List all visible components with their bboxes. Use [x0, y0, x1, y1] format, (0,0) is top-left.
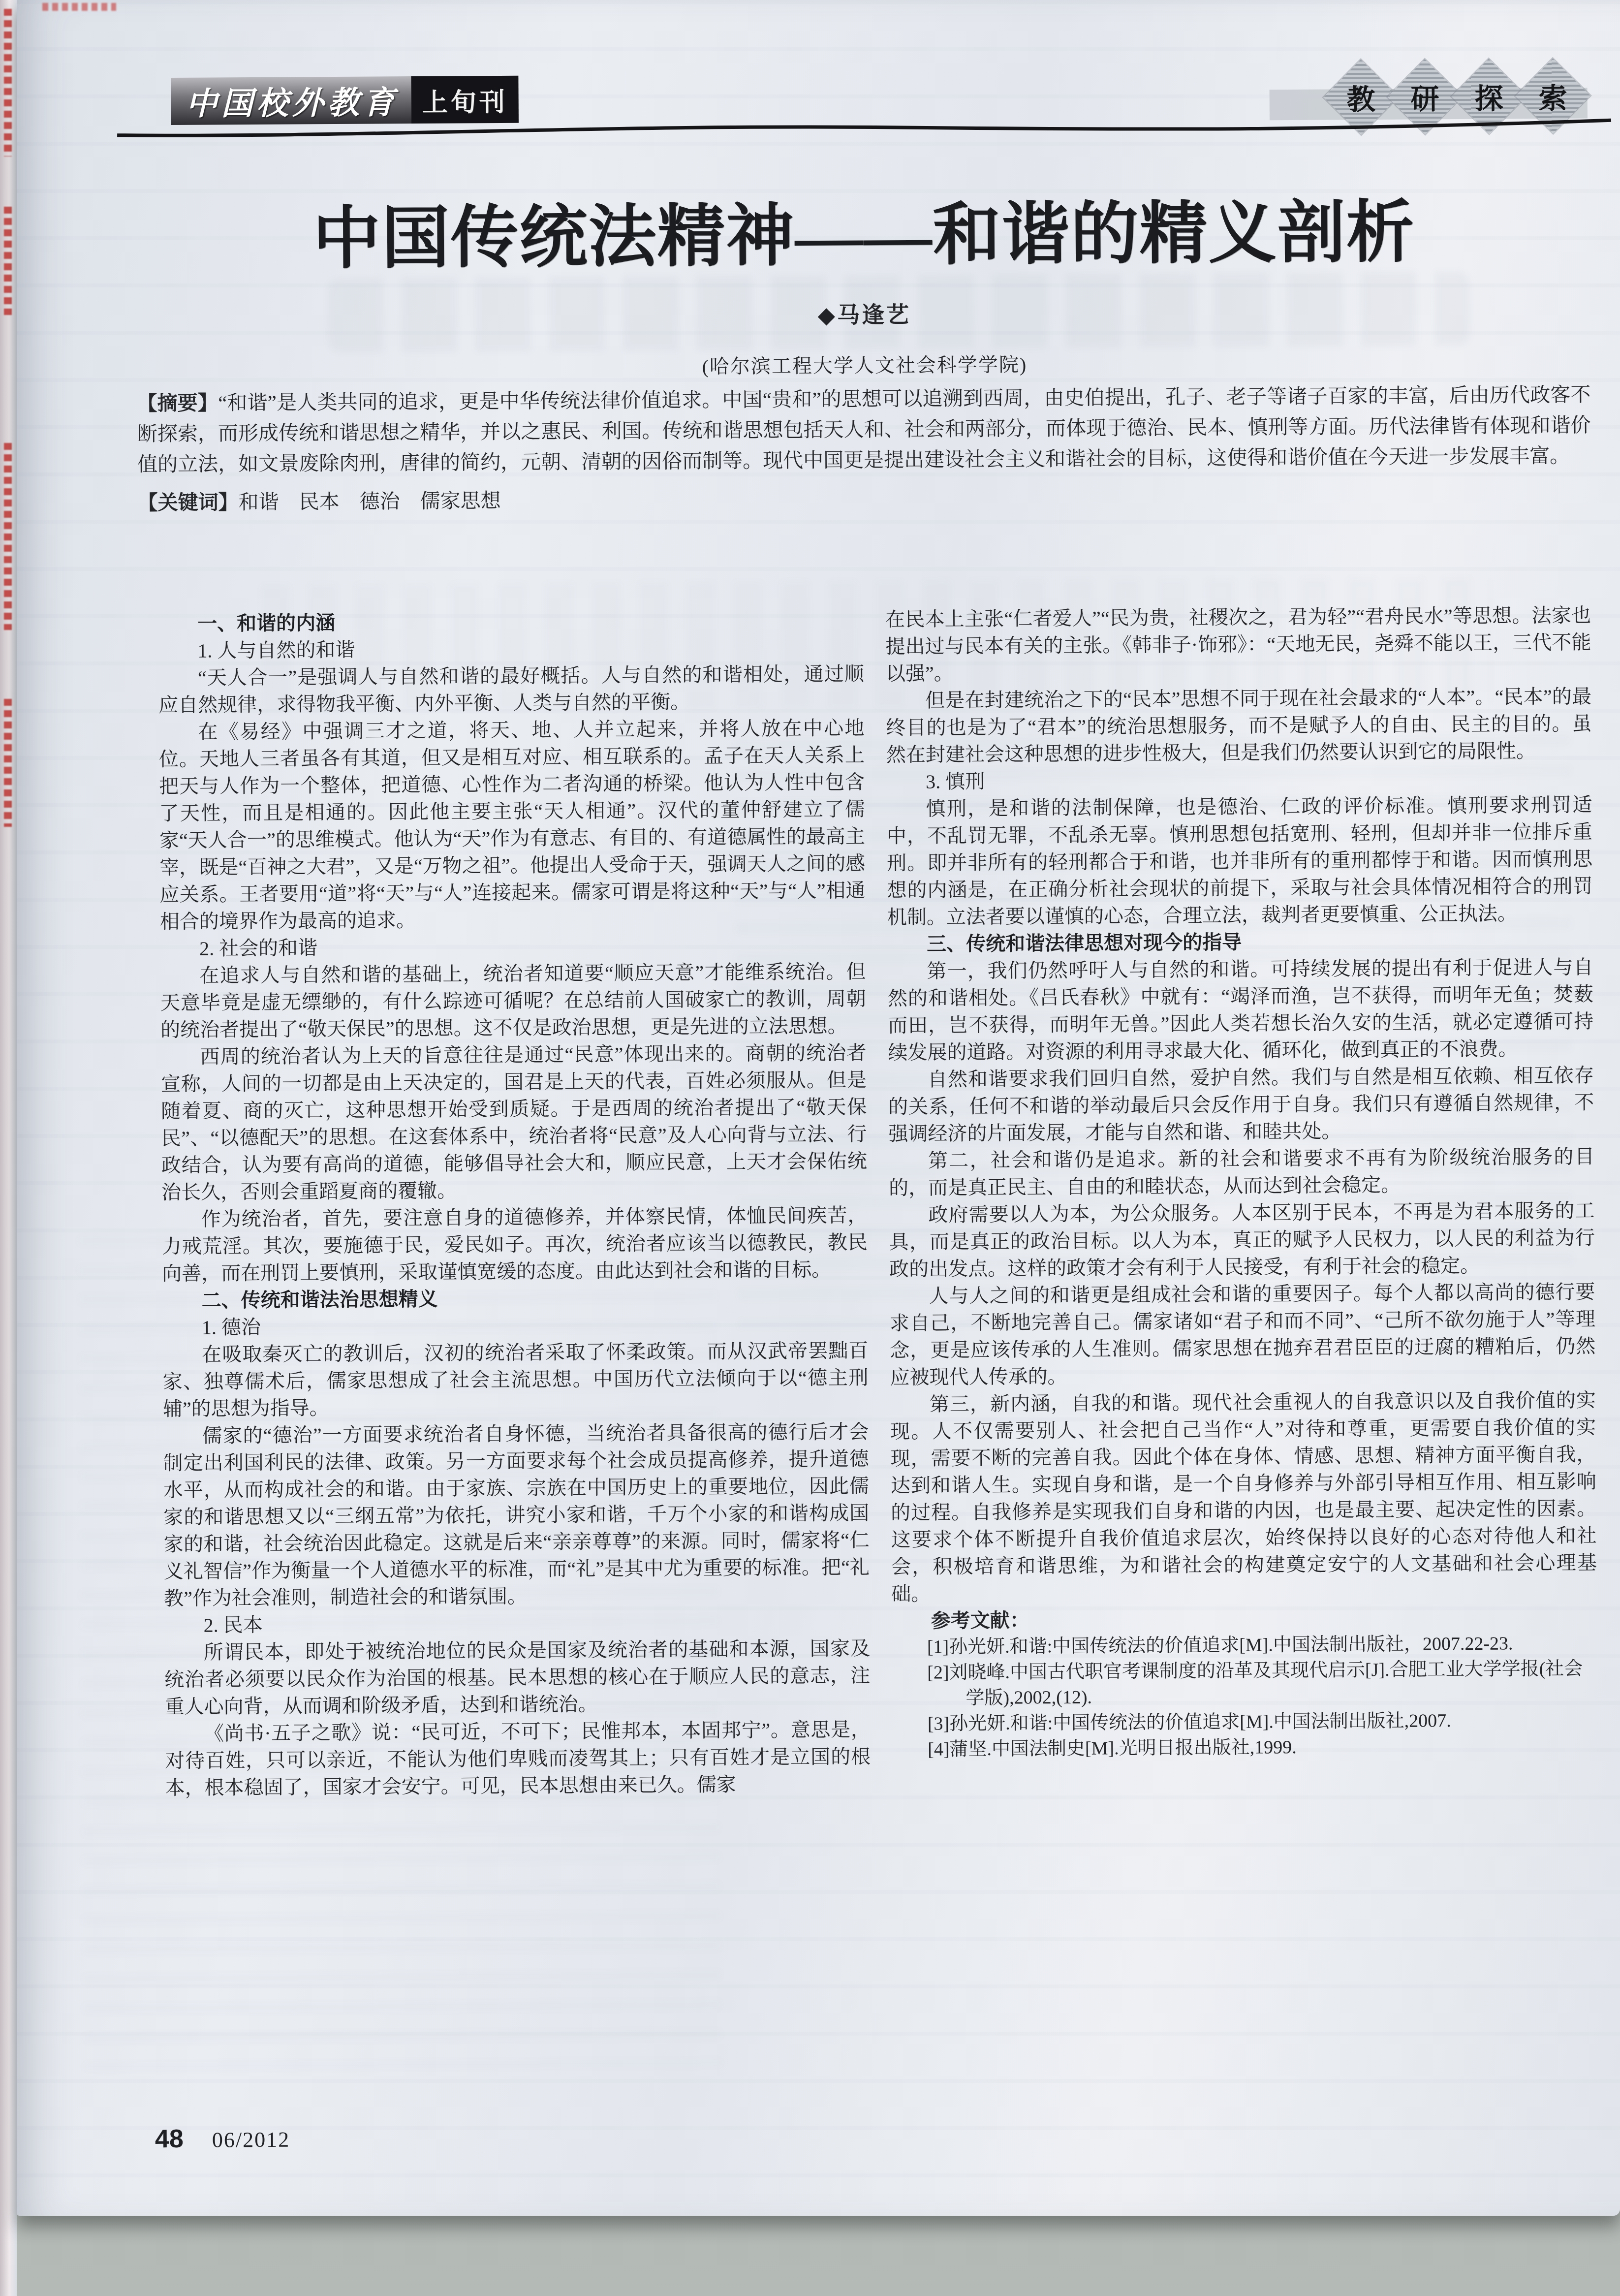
article-title: 中国传统法精神——和谐的精义剖析	[130, 176, 1597, 283]
body-paragraph: 但是在封建统治之下的“民本”思想不同于现在社会最求的“人本”。“民本”的最终目的…	[886, 683, 1592, 768]
body-paragraph: 在《易经》中强调三才之道，将天、地、人并立起来，并将人放在中心地位。天地人三者虽…	[158, 714, 866, 935]
body-paragraph: 所谓民本，即处于被统治地位的民众是国家及统治者的基础和本源，国家及统治者必须要以…	[164, 1635, 871, 1720]
section-heading: 三、传统和谐法律思想对现今的指导	[887, 926, 1593, 958]
subsection-heading: 3. 慎刑	[886, 764, 1592, 795]
reference-item: [2]刘晓峰.中国古代职官考课制度的沿革及其现代启示[J].合肥工业大学学报(社…	[892, 1656, 1598, 1711]
body-paragraph: 政府需要以人为本，为公众服务。人本区别于民本，不再是为君本服务的工具，而是真正的…	[889, 1197, 1595, 1283]
author: ◆马逢艺	[131, 292, 1597, 334]
right-column: 在民本上主张“仁者爱人”“民为贵，社稷次之，君为轻”“君舟民水”等思想。法家也提…	[885, 601, 1598, 1797]
body-paragraph: 第三，新内涵，自我的和谐。现代社会重视人的自我意识以及自我价值的实现。人不仅需要…	[890, 1386, 1597, 1607]
section-badge-char: 索	[1538, 75, 1567, 117]
journal-logo: 中国校外教育 上旬刊	[171, 76, 519, 125]
body-paragraph: 第二，社会和谐仍是追求。新的社会和谐要求不再有为阶级统治服务的目的，而是真正民主…	[889, 1143, 1595, 1201]
body-paragraph: 在吸取秦灭亡的教训后，汉初的统治者采取了怀柔政策。而从汉武帝罢黜百家、独尊儒术后…	[162, 1337, 869, 1422]
body-paragraph: 第一，我们仍然呼吁人与自然的和谐。可持续发展的提出有利于促进人与自然的和谐相处。…	[887, 953, 1593, 1066]
affiliation: (哈尔滨工程大学人文社会科学学院)	[131, 346, 1598, 382]
keywords-label: 【关键词】	[138, 491, 239, 514]
section-badge-char: 教	[1346, 76, 1375, 118]
journal-logo-text: 中国校外教育	[171, 76, 411, 125]
subsection-heading: 2. 民本	[164, 1607, 870, 1639]
body-paragraph: 《尚书·五子之歌》说：“民可近，不可下；民惟邦本，本固邦宁”。意思是，对待百姓，…	[165, 1716, 871, 1801]
abstract: 【摘要】“和谐”是人类共同的追求，更是中华传统法律价值追求。中国“贵和”的思想可…	[137, 379, 1591, 479]
body-paragraph: 儒家的“德治”一方面要求统治者自身怀德，当统治者具备很高的德行后才会制定出利国利…	[163, 1418, 870, 1612]
keywords: 【关键词】和谐 民本 德治 儒家思想	[137, 478, 1591, 518]
section-heading: 二、传统和谐法治思想精义	[162, 1283, 868, 1314]
issue-number: 06/2012	[212, 2127, 290, 2153]
page-footer: 48 06/2012	[155, 2124, 290, 2154]
reference-item: [4]蒲坚.中国法制史[M].光明日报出版社,1999.	[892, 1732, 1598, 1762]
subsection-heading: 1. 人与自然的和谐	[158, 633, 864, 664]
spine-red-text-marks	[4, 699, 12, 827]
body-columns: 一、和谐的内涵1. 人与自然的和谐“天人合一”是强调人与自然和谐的最好概括。人与…	[158, 601, 1598, 1801]
subsection-heading: 1. 德治	[162, 1310, 868, 1341]
reference-item: [3]孙光妍.和谐:中国传统法的价值追求[M].中国法制出版社,2007.	[892, 1707, 1598, 1737]
abstract-text: “和谐”是人类共同的追求，更是中华传统法律价值追求。中国“贵和”的思想可以追溯到…	[137, 383, 1591, 475]
spine-red-text-marks	[4, 207, 12, 315]
references-heading: 参考文献：	[891, 1603, 1597, 1635]
printed-content: 中国校外教育 上旬刊 教 研 探 索 中国传统法精神——和谐的精义剖析 ◆马逢艺…	[11, 0, 1620, 2221]
keywords-text: 和谐 民本 德治 儒家思想	[239, 489, 501, 513]
body-paragraph: “天人合一”是强调人与自然和谐的最好概括。人与自然的和谐相处，通过顺应自然规律，…	[158, 660, 865, 719]
section-heading: 一、和谐的内涵	[158, 606, 864, 637]
edition-badge: 上旬刊	[411, 76, 519, 124]
reference-item: [1]孙光妍.和谐:中国传统法的价值追求[M].中国法制出版社，2007.22-…	[892, 1630, 1597, 1660]
section-badge-char: 探	[1474, 75, 1503, 117]
spine-red-text-marks	[4, 9, 12, 157]
body-paragraph: 慎刑，是和谐的法制保障，也是德治、仁政的评价标准。慎刑要求刑罚适中，不乱罚无罪，…	[886, 791, 1593, 931]
scanned-page: 中国校外教育 上旬刊 教 研 探 索 中国传统法精神——和谐的精义剖析 ◆马逢艺…	[17, 0, 1620, 2216]
section-badge-char: 研	[1410, 76, 1439, 117]
body-paragraph: 在追求人与自然和谐的基础上，统治者知道要“顺应天意”才能维系统治。但天意毕竟是虚…	[160, 958, 866, 1043]
body-paragraph: 人与人之间的和谐更是组成社会和谐的重要因子。每个人都以高尚的德行要求自己，不断地…	[889, 1278, 1595, 1391]
body-paragraph: 自然和谐要求我们回归自然，爱护自然。我们与自然是相互依赖、相互依存的关系，任何不…	[888, 1062, 1594, 1147]
abstract-label: 【摘要】	[137, 391, 218, 414]
left-column: 一、和谐的内涵1. 人与自然的和谐“天人合一”是强调人与自然和谐的最好概括。人与…	[158, 606, 871, 1801]
body-paragraph: 作为统治者，首先，要注意自身的道德修养，并体察民情，体恤民间疾苦，力戒荒淫。其次…	[161, 1201, 868, 1287]
body-paragraph: 西周的统治者认为上天的旨意往往是通过“民意”体现出来的。商朝的统治者宣称，人间的…	[160, 1039, 867, 1206]
subsection-heading: 2. 社会的和谐	[160, 931, 866, 962]
page-number: 48	[155, 2124, 184, 2154]
body-paragraph-continuation: 在民本上主张“仁者爱人”“民为贵，社稷次之，君为轻”“君舟民水”等思想。法家也提…	[885, 601, 1591, 687]
abstract-block: 【摘要】“和谐”是人类共同的追求，更是中华传统法律价值追求。中国“贵和”的思想可…	[137, 379, 1591, 518]
spine-red-text-marks	[4, 443, 12, 630]
